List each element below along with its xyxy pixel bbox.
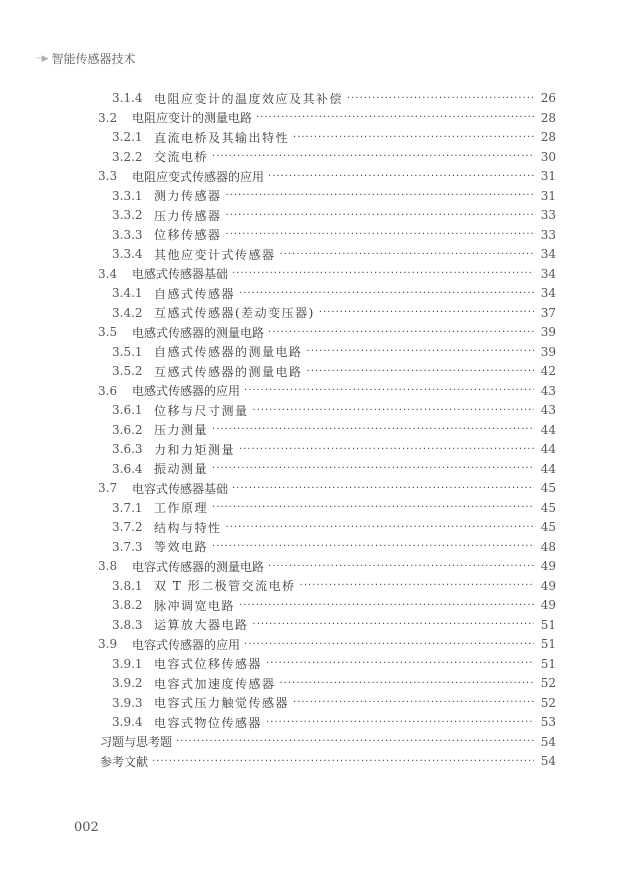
book-title: 智能传感器技术 [52,50,136,67]
running-header: ···▶ 智能传感器技术 [36,50,136,67]
toc-entry[interactable]: 3.8电容式传感器的测量电路49 [98,556,556,576]
page-ref: 43 [538,384,556,398]
section-title: 电容式物位传感器 [152,714,262,731]
section-number: 3.3 [98,169,130,183]
toc-entry[interactable]: 3.2.1直流电桥及其输出特性28 [112,127,556,147]
dot-leader [256,112,534,123]
dot-leader [232,483,534,494]
dot-leader [226,229,534,240]
page-ref: 34 [538,247,556,261]
page-ref: 54 [538,735,556,749]
page-ref: 49 [538,559,556,573]
dot-leader [212,424,534,435]
section-title: 运算放大器电路 [152,616,249,633]
dot-leader [347,93,534,104]
toc-entry[interactable]: 3.9.1电容式位移传感器51 [112,654,556,674]
dot-leader [226,522,534,533]
section-number: 3.4.2 [112,306,152,320]
section-number: 3.5.1 [112,345,152,359]
toc-entry[interactable]: 3.5电感式传感器的测量电路39 [98,322,556,342]
section-title: 电感式传感器基础 [130,265,228,282]
toc-entry[interactable]: 3.6电感式传感器的应用43 [98,381,556,401]
toc-entry[interactable]: 3.2.2交流电桥30 [112,147,556,167]
section-title: 其他应变计式传感器 [152,246,276,263]
section-title: 振动测量 [152,460,208,477]
section-number: 3.9.3 [112,696,152,710]
section-title: 电阻应变计的测量电路 [130,109,252,126]
page-ref: 44 [538,442,556,456]
page-ref: 31 [538,169,556,183]
section-number: 3.5.2 [112,364,152,378]
dot-leader [293,132,534,143]
section-number: 3.3.2 [112,208,152,222]
section-number: 3.3.1 [112,189,152,203]
dot-leader [280,249,534,260]
section-number: 3.5 [98,325,130,339]
page-ref: 31 [538,189,556,203]
section-title: 电容式传感器的应用 [130,636,240,653]
dot-leader [212,502,534,513]
section-number: 3.6.4 [112,462,152,476]
toc-entry[interactable]: 3.3.1测力传感器31 [112,186,556,206]
section-number: 3.3.4 [112,247,152,261]
toc-entry[interactable]: 3.5.1自感式传感器的测量电路39 [112,342,556,362]
section-number: 3.1.4 [112,91,152,105]
page-ref: 39 [538,325,556,339]
toc-entry[interactable]: 3.7.2结构与特性45 [112,517,556,537]
page-ref: 51 [538,657,556,671]
dot-leader [280,678,534,689]
dot-leader [239,444,534,455]
toc-entry[interactable]: 3.7.1工作原理45 [112,498,556,518]
page-ref: 53 [538,715,556,729]
page-ref: 44 [538,423,556,437]
section-title: 工作原理 [152,499,208,516]
page-ref: 26 [538,91,556,105]
dot-leader [266,658,534,669]
dot-leader [226,210,534,221]
section-title: 电容式传感器的测量电路 [130,558,264,575]
dot-leader [268,171,534,182]
page-ref: 28 [538,130,556,144]
section-number: 3.2 [98,111,130,125]
toc-entry[interactable]: 3.3.3位移传感器33 [112,225,556,245]
section-number: 3.6.2 [112,423,152,437]
toc-entry[interactable]: 3.4.1自感式传感器34 [112,283,556,303]
page-ref: 43 [538,403,556,417]
section-number: 3.4.1 [112,286,152,300]
dot-leader [212,151,534,162]
section-number: 3.8.3 [112,618,152,632]
section-title: 参考文献 [98,753,148,770]
toc-entry[interactable]: 3.4电感式传感器基础34 [98,264,556,284]
section-title: 电容式加速度传感器 [152,675,276,692]
page-ref: 51 [538,637,556,651]
section-title: 互感式传感器(差动变压器) [152,304,315,321]
toc-entry[interactable]: 3.2电阻应变计的测量电路28 [98,108,556,128]
toc-entry[interactable]: 习题与思考题54 [98,732,556,752]
toc-entry[interactable]: 参考文献54 [98,751,556,771]
page-ref: 45 [538,520,556,534]
section-number: 3.9.1 [112,657,152,671]
section-number: 3.7 [98,481,130,495]
dot-leader [268,561,534,572]
toc-entry[interactable]: 3.7电容式传感器基础45 [98,478,556,498]
dot-leader [152,756,534,767]
toc-entry[interactable]: 3.6.4振动测量44 [112,459,556,479]
section-number: 3.4 [98,267,130,281]
dot-leader [226,190,534,201]
section-title: 结构与特性 [152,519,222,536]
page-ref: 49 [538,598,556,612]
section-title: 双 T 形二极管交流电桥 [152,577,296,594]
dot-leader [253,405,534,416]
page-ref: 39 [538,345,556,359]
section-number: 3.7.3 [112,540,152,554]
section-number: 3.2.2 [112,150,152,164]
section-title: 自感式传感器 [152,285,235,302]
section-number: 3.6.3 [112,442,152,456]
toc-entry[interactable]: 3.9.3电容式压力触觉传感器52 [112,693,556,713]
toc-entry[interactable]: 3.9.4电容式物位传感器53 [112,712,556,732]
page-ref: 33 [538,208,556,222]
page-ref: 45 [538,481,556,495]
toc-entry[interactable]: 3.6.1位移与尺寸测量43 [112,400,556,420]
toc-entry[interactable]: 3.8.1双 T 形二极管交流电桥49 [112,576,556,596]
dot-leader [268,327,534,338]
page-ref: 52 [538,696,556,710]
dot-leader [244,639,534,650]
section-title: 压力测量 [152,421,208,438]
dot-leader [253,619,534,630]
section-title: 脉冲调宽电路 [152,597,235,614]
section-number: 3.7.1 [112,501,152,515]
section-number: 3.6 [98,384,130,398]
section-number: 3.8.1 [112,579,152,593]
section-title: 交流电桥 [152,148,208,165]
section-number: 3.6.1 [112,403,152,417]
page-ref: 42 [538,364,556,378]
section-number: 3.9.4 [112,715,152,729]
section-number: 3.9.2 [112,676,152,690]
dot-leader [300,580,534,591]
toc-entry[interactable]: 3.8.2脉冲调宽电路49 [112,595,556,615]
page-ref: 34 [538,267,556,281]
page-ref: 28 [538,111,556,125]
section-title: 电容式位移传感器 [152,655,262,672]
dot-leader [212,463,534,474]
toc-entry[interactable]: 3.3电阻应变式传感器的应用31 [98,166,556,186]
toc-entry[interactable]: 3.4.2互感式传感器(差动变压器)37 [112,303,556,323]
toc-entry[interactable]: 3.8.3运算放大器电路51 [112,615,556,635]
page-ref: 51 [538,618,556,632]
toc-entry[interactable]: 3.7.3等效电路48 [112,537,556,557]
arrow-icon: ···▶ [36,54,48,64]
page-ref: 33 [538,228,556,242]
dot-leader [176,736,534,747]
dot-leader [307,346,534,357]
section-number: 3.7.2 [112,520,152,534]
page-ref: 54 [538,754,556,768]
page-ref: 30 [538,150,556,164]
dot-leader [319,307,534,318]
section-title: 电容式传感器基础 [130,480,228,497]
section-title: 电容式压力触觉传感器 [152,694,289,711]
dot-leader [212,541,534,552]
section-title: 位移传感器 [152,226,222,243]
dot-leader [239,288,534,299]
section-title: 互感式传感器的测量电路 [152,363,303,380]
section-number: 3.3.3 [112,228,152,242]
page-ref: 44 [538,462,556,476]
page-ref: 52 [538,676,556,690]
section-title: 位移与尺寸测量 [152,402,249,419]
page-ref: 45 [538,501,556,515]
toc-entry[interactable]: 3.9.2电容式加速度传感器52 [112,673,556,693]
dot-leader [239,600,534,611]
section-title: 力和力矩测量 [152,441,235,458]
section-title: 电阻应变式传感器的应用 [130,168,264,185]
page-ref: 49 [538,579,556,593]
page-number: 002 [74,820,99,835]
page-ref: 37 [538,306,556,320]
toc-entry[interactable]: 3.3.4其他应变计式传感器34 [112,244,556,264]
section-title: 测力传感器 [152,187,222,204]
toc-entry[interactable]: 3.3.2压力传感器33 [112,205,556,225]
section-title: 等效电路 [152,538,208,555]
section-title: 电感式传感器的测量电路 [130,324,264,341]
section-title: 直流电桥及其输出特性 [152,129,289,146]
toc-entry[interactable]: 3.9电容式传感器的应用51 [98,634,556,654]
section-title: 习题与思考题 [98,733,172,750]
section-title: 压力传感器 [152,207,222,224]
page-ref: 48 [538,540,556,554]
toc-entry[interactable]: 3.6.2压力测量44 [112,420,556,440]
page-ref: 34 [538,286,556,300]
section-number: 3.8.2 [112,598,152,612]
dot-leader [244,385,534,396]
toc-entry[interactable]: 3.1.4电阻应变计的温度效应及其补偿26 [112,88,556,108]
section-number: 3.2.1 [112,130,152,144]
dot-leader [307,366,534,377]
section-number: 3.9 [98,637,130,651]
toc-entry[interactable]: 3.6.3力和力矩测量44 [112,439,556,459]
section-title: 电感式传感器的应用 [130,382,240,399]
dot-leader [232,268,534,279]
section-number: 3.8 [98,559,130,573]
toc-entry[interactable]: 3.5.2互感式传感器的测量电路42 [112,361,556,381]
section-title: 自感式传感器的测量电路 [152,343,303,360]
section-title: 电阻应变计的温度效应及其补偿 [152,90,343,107]
dot-leader [293,697,534,708]
dot-leader [266,717,534,728]
